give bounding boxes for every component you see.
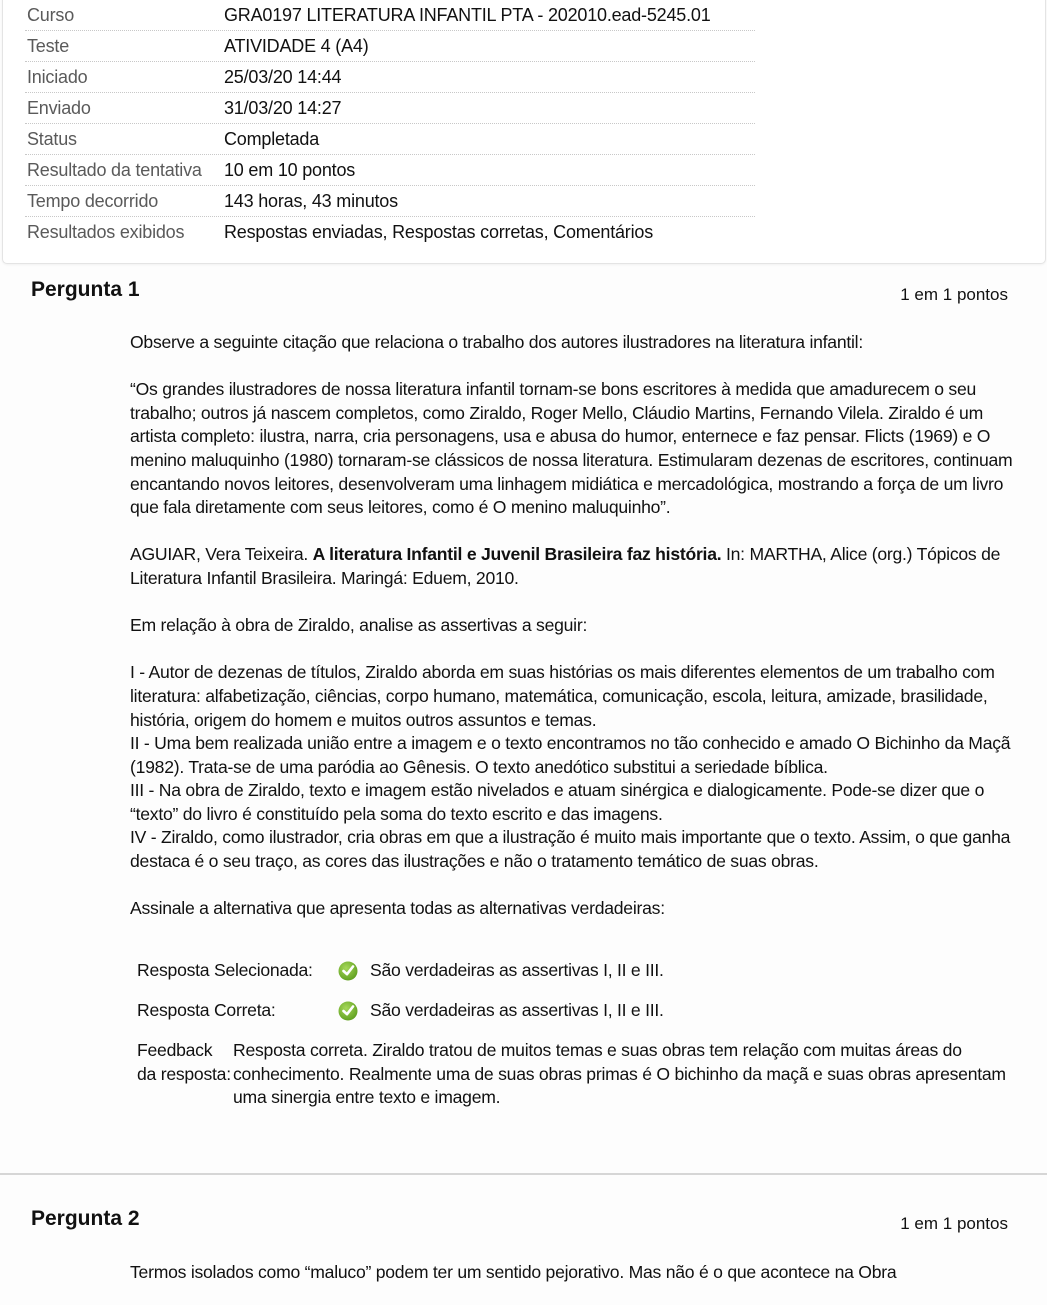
- summary-value: GRA0197 LITERATURA INFANTIL PTA - 202010…: [224, 5, 711, 26]
- feedback-row: Feedback da resposta: Resposta correta. …: [137, 1039, 1013, 1110]
- assertion-3: III - Na obra de Ziraldo, texto e imagem…: [130, 779, 1020, 826]
- selected-answer-text: São verdadeiras as assertivas I, II e II…: [370, 960, 664, 981]
- summary-row-status: Status Completada: [25, 124, 755, 155]
- summary-value: 31/03/20 14:27: [224, 98, 341, 119]
- feedback-label: Feedback da resposta:: [137, 1039, 233, 1110]
- question-body: Termos isolados como “maluco” podem ter …: [130, 1261, 1020, 1285]
- question-prompt: Em relação à obra de Ziraldo, analise as…: [130, 614, 1020, 638]
- summary-label: Iniciado: [25, 67, 224, 88]
- question-points: 1 em 1 pontos: [900, 285, 1008, 305]
- question-body: Observe a seguinte citação que relaciona…: [130, 331, 1020, 921]
- selected-answer-label: Resposta Selecionada:: [137, 960, 337, 981]
- summary-row-teste: Teste ATIVIDADE 4 (A4): [25, 31, 755, 62]
- question-points: 1 em 1 pontos: [900, 1214, 1008, 1234]
- summary-value: 10 em 10 pontos: [224, 160, 355, 181]
- question-citation: AGUIAR, Vera Teixeira. A literatura Infa…: [130, 543, 1020, 590]
- summary-label: Status: [25, 129, 224, 150]
- summary-value: Completada: [224, 129, 319, 150]
- attempt-summary-table: Curso GRA0197 LITERATURA INFANTIL PTA - …: [25, 0, 755, 248]
- summary-label: Enviado: [25, 98, 224, 119]
- correct-answer-label: Resposta Correta:: [137, 1000, 337, 1021]
- feedback-text: Resposta correta. Ziraldo tratou de muit…: [233, 1039, 1013, 1110]
- summary-value: 25/03/20 14:44: [224, 67, 341, 88]
- summary-row-resultado: Resultado da tentativa 10 em 10 pontos: [25, 155, 755, 186]
- check-circle-icon: [337, 959, 359, 981]
- question-title: Pergunta 1: [31, 278, 140, 302]
- summary-row-enviado: Enviado 31/03/20 14:27: [25, 93, 755, 124]
- question-title: Pergunta 2: [31, 1207, 140, 1231]
- citation-author: AGUIAR, Vera Teixeira.: [130, 544, 313, 564]
- summary-row-curso: Curso GRA0197 LITERATURA INFANTIL PTA - …: [25, 0, 755, 31]
- summary-label: Teste: [25, 36, 224, 57]
- summary-label: Resultados exibidos: [25, 222, 224, 243]
- summary-row-resultados-exibidos: Resultados exibidos Respostas enviadas, …: [25, 217, 755, 248]
- assertion-1: I - Autor de dezenas de títulos, Ziraldo…: [130, 661, 1020, 732]
- attempt-summary-panel: Curso GRA0197 LITERATURA INFANTIL PTA - …: [2, 0, 1046, 264]
- question-intro: Termos isolados como “maluco” podem ter …: [130, 1261, 1020, 1285]
- question-quote: “Os grandes ilustradores de nossa litera…: [130, 378, 1020, 520]
- summary-value: ATIVIDADE 4 (A4): [224, 36, 369, 57]
- assertion-4: IV - Ziraldo, como ilustrador, cria obra…: [130, 826, 1020, 873]
- check-circle-icon: [337, 999, 359, 1021]
- question-divider: [0, 1173, 1047, 1175]
- citation-title: A literatura Infantil e Juvenil Brasilei…: [313, 544, 722, 564]
- correct-answer-text: São verdadeiras as assertivas I, II e II…: [370, 1000, 664, 1021]
- selected-answer-row: Resposta Selecionada: São verdadeiras as…: [137, 950, 1013, 990]
- assertion-2: II - Uma bem realizada união entre a ima…: [130, 732, 1020, 779]
- correct-answer-row: Resposta Correta: São verdadeiras as ass…: [137, 990, 1013, 1030]
- summary-value: Respostas enviadas, Respostas corretas, …: [224, 222, 653, 243]
- answer-table: Resposta Selecionada: São verdadeiras as…: [137, 950, 1013, 1110]
- summary-row-iniciado: Iniciado 25/03/20 14:44: [25, 62, 755, 93]
- summary-row-tempo: Tempo decorrido 143 horas, 43 minutos: [25, 186, 755, 217]
- summary-label: Curso: [25, 5, 224, 26]
- question-intro: Observe a seguinte citação que relaciona…: [130, 331, 1020, 355]
- summary-label: Resultado da tentativa: [25, 160, 224, 181]
- summary-label: Tempo decorrido: [25, 191, 224, 212]
- question-instruction: Assinale a alternativa que apresenta tod…: [130, 897, 1020, 921]
- summary-value: 143 horas, 43 minutos: [224, 191, 398, 212]
